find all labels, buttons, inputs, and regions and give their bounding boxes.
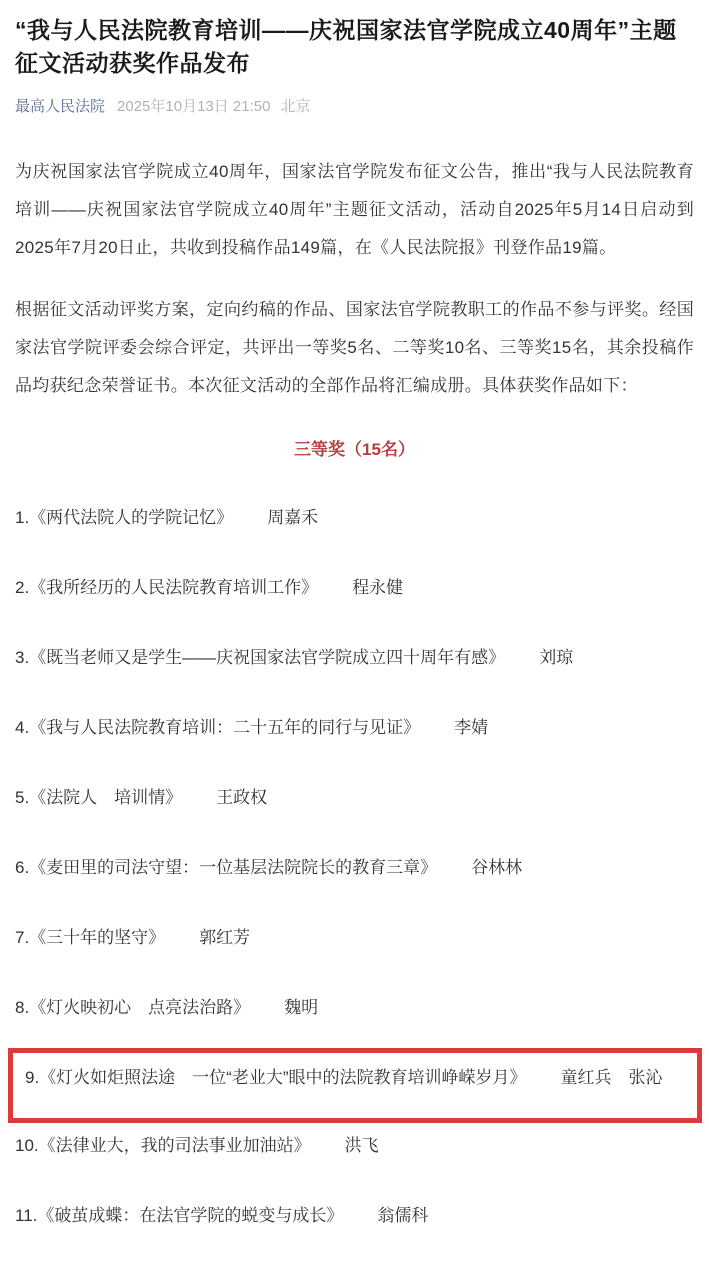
award-item-authors: 程永健: [352, 578, 403, 597]
award-item-title: 《既当老师又是学生——庆祝国家法官学院成立四十周年有感》: [29, 648, 505, 667]
award-item-title: 《法院人 培训情》: [29, 788, 182, 807]
award-item-title: 《两代法院人的学院记忆》: [29, 508, 233, 527]
award-item-11: 11.《破茧成蝶：在法官学院的蜕变与成长》翁儒科: [15, 1204, 694, 1228]
award-item-title: 《破茧成蝶：在法官学院的蜕变与成长》: [37, 1206, 343, 1225]
award-item-title: 《灯火如炬照法途 一位“老业大”眼中的法院教育培训峥嵘岁月》: [39, 1068, 526, 1087]
page-title: “我与人民法院教育培训——庆祝国家法官学院成立40周年”主题征文活动获奖作品发布: [15, 14, 694, 80]
award-item-title: 《法律业大，我的司法事业加油站》: [39, 1136, 311, 1155]
award-item-4: 4.《我与人民法院教育培训：二十五年的同行与见证》李婧: [15, 716, 694, 740]
publish-location: 北京: [280, 96, 310, 117]
award-item-number: 4.: [15, 718, 29, 737]
award-item-title: 《我与人民法院教育培训：二十五年的同行与见证》: [29, 718, 420, 737]
award-item-8: 8.《灯火映初心 点亮法治路》魏明: [15, 996, 694, 1020]
award-item-number: 7.: [15, 928, 29, 947]
award-item-number: 9.: [25, 1068, 39, 1087]
award-item-number: 5.: [15, 788, 29, 807]
award-item-3: 3.《既当老师又是学生——庆祝国家法官学院成立四十周年有感》刘琼: [15, 646, 694, 670]
article-paragraph-2: 根据征文活动评奖方案，定向约稿的作品、国家法官学院教职工的作品不参与评奖。经国家…: [15, 291, 694, 405]
award-item-9: 9.《灯火如炬照法途 一位“老业大”眼中的法院教育培训峥嵘岁月》童红兵 张沁: [25, 1066, 687, 1090]
award-item-number: 10.: [15, 1136, 39, 1155]
publish-datetime: 2025年10月13日 21:50: [117, 96, 270, 117]
award-item-title: 《麦田里的司法守望：一位基层法院院长的教育三章》: [29, 858, 437, 877]
award-item-number: 1.: [15, 508, 29, 527]
award-item-number: 8.: [15, 998, 29, 1017]
article-paragraph-1: 为庆祝国家法官学院成立40周年，国家法官学院发布征文公告，推出“我与人民法院教育…: [15, 153, 694, 267]
award-item-10: 10.《法律业大，我的司法事业加油站》洪飞: [15, 1134, 694, 1158]
award-item-7: 7.《三十年的坚守》郭红芳: [15, 926, 694, 950]
award-item-authors: 谷林林: [471, 858, 522, 877]
award-item-title: 《灯火映初心 点亮法治路》: [29, 998, 250, 1017]
award-list: 1.《两代法院人的学院记忆》周嘉禾 2.《我所经历的人民法院教育培训工作》程永健…: [15, 506, 694, 1228]
award-item-number: 11.: [15, 1206, 37, 1225]
award-heading: 三等奖（15名）: [15, 437, 694, 462]
award-item-authors: 刘琼: [539, 648, 573, 667]
award-item-authors: 李婧: [454, 718, 488, 737]
source-link[interactable]: 最高人民法院: [15, 96, 105, 117]
award-item-5: 5.《法院人 培训情》王政权: [15, 786, 694, 810]
award-item-6: 6.《麦田里的司法守望：一位基层法院院长的教育三章》谷林林: [15, 856, 694, 880]
award-item-number: 2.: [15, 578, 29, 597]
award-item-authors: 郭红芳: [199, 928, 250, 947]
byline: 最高人民法院 2025年10月13日 21:50 北京: [15, 96, 694, 117]
award-item-number: 3.: [15, 648, 29, 667]
award-item-2: 2.《我所经历的人民法院教育培训工作》程永健: [15, 576, 694, 600]
award-item-1: 1.《两代法院人的学院记忆》周嘉禾: [15, 506, 694, 530]
award-item-title: 《三十年的坚守》: [29, 928, 165, 947]
award-item-authors: 王政权: [216, 788, 267, 807]
award-item-title: 《我所经历的人民法院教育培训工作》: [29, 578, 318, 597]
award-item-authors: 童红兵 张沁: [561, 1068, 663, 1087]
award-item-authors: 洪飞: [345, 1136, 379, 1155]
award-item-number: 6.: [15, 858, 29, 877]
award-item-authors: 翁儒科: [377, 1206, 428, 1225]
highlight-box: 9.《灯火如炬照法途 一位“老业大”眼中的法院教育培训峥嵘岁月》童红兵 张沁: [8, 1048, 702, 1123]
award-item-authors: 魏明: [284, 998, 318, 1017]
award-item-authors: 周嘉禾: [267, 508, 318, 527]
article: “我与人民法院教育培训——庆祝国家法官学院成立40周年”主题征文活动获奖作品发布…: [0, 14, 709, 1228]
